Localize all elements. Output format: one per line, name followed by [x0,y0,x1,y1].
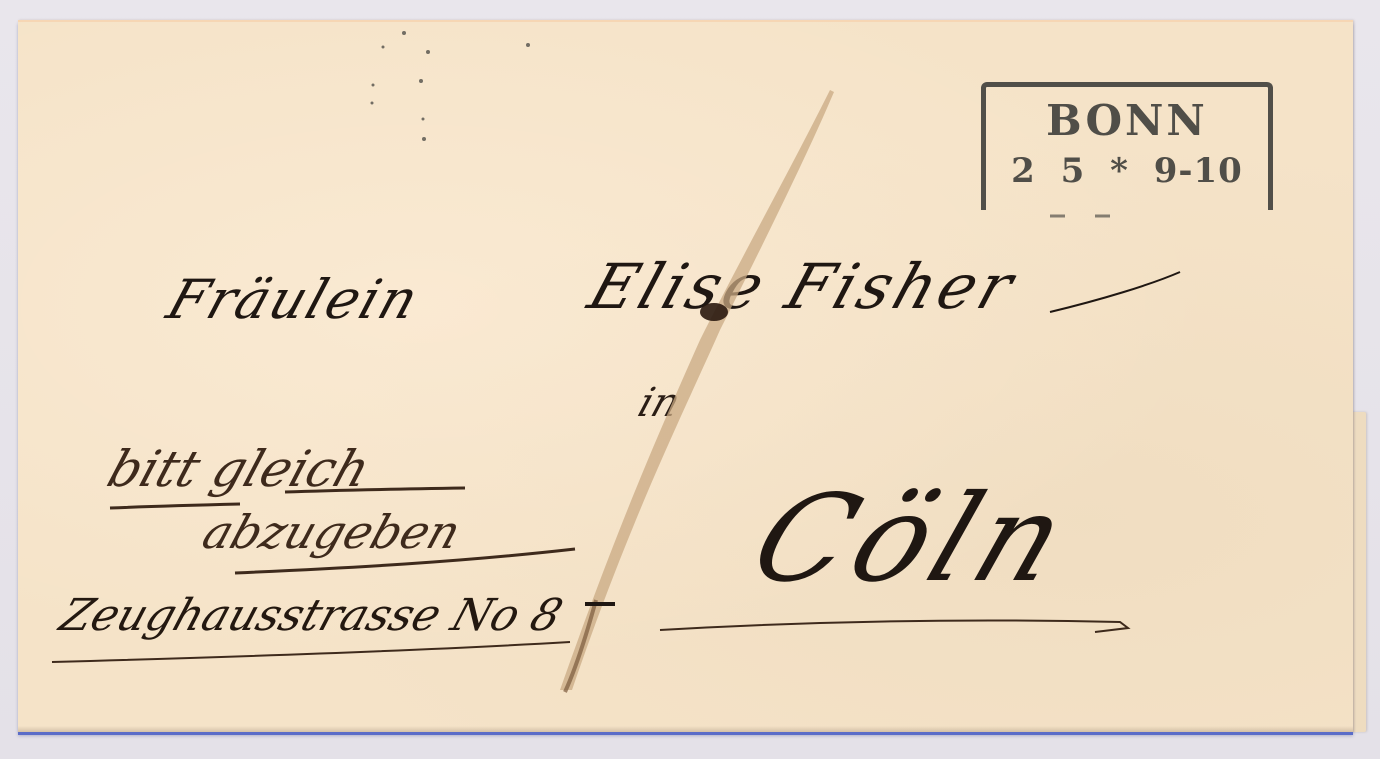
postmark-city: BONN [986,97,1268,145]
bonn-postmark: BONN 2 5 * 9-10 [981,82,1273,210]
postmark-date: 2 5 * 9-10 [986,151,1268,191]
side-note-line-1: bitt gleich [101,440,378,498]
address-name: Elise Fisher [580,250,1026,323]
address-city: Cöln [735,470,1089,609]
side-note-line-2: abzugeben [196,505,467,559]
address-title: Fräulein [160,268,428,331]
scan-background: BONN 2 5 * 9-10 Fräulein Elise Fisher in… [0,0,1380,759]
cover-bottom-edge [18,726,1353,732]
side-note-line-3: Zeughausstrasse No 8 [54,590,569,641]
